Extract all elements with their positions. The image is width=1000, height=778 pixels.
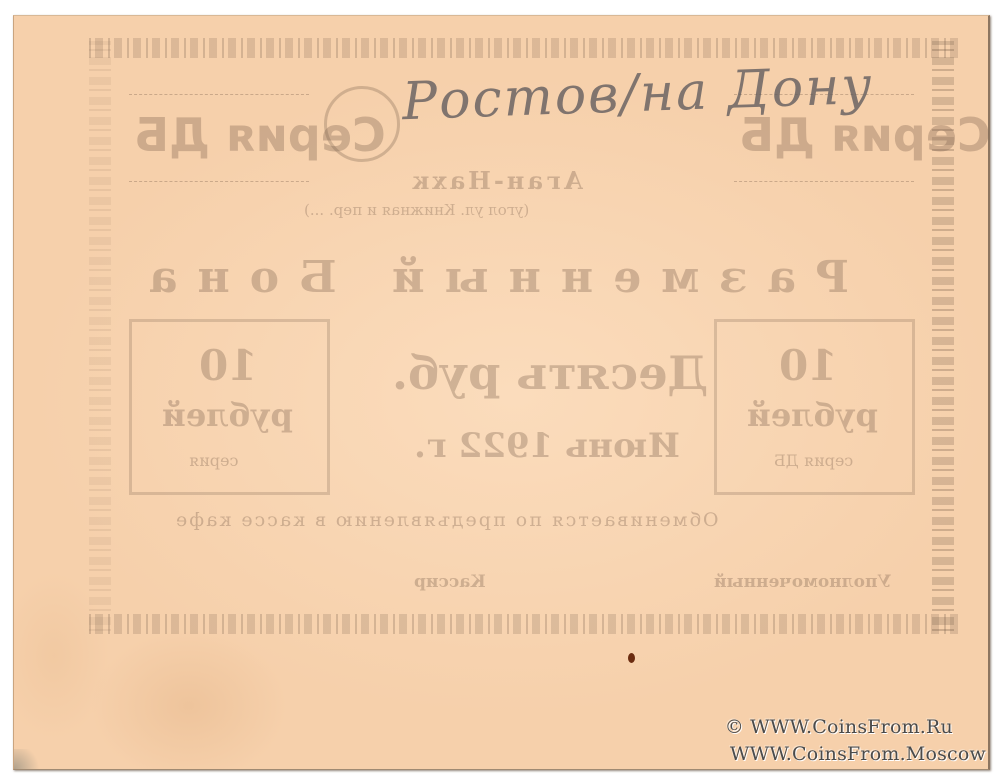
signature-right: Кассир bbox=[414, 572, 486, 592]
signature-left: Уполномоченный bbox=[714, 572, 891, 592]
subtitle-line: (угол ул. Книжная и пер. ...) bbox=[304, 201, 529, 219]
rule-top-left-lower bbox=[129, 181, 309, 184]
title-line: Разменный Бона bbox=[129, 252, 849, 303]
left-box-unit: рублей bbox=[162, 396, 293, 434]
center-date: Июнь 1922 г. bbox=[414, 426, 680, 466]
bottom-ornamental-border bbox=[89, 614, 959, 634]
top-ornamental-border bbox=[89, 38, 959, 58]
right-box-unit: рублей bbox=[747, 396, 878, 434]
left-ornamental-border bbox=[89, 41, 111, 631]
rule-top-right-lower bbox=[734, 181, 914, 184]
right-box-value: 10 bbox=[779, 341, 837, 390]
issuer-line: Аган-Нахк bbox=[409, 166, 583, 195]
watermark-line-2: WWW.CoinsFrom.Moscow bbox=[730, 743, 986, 765]
rule-top-left-upper bbox=[129, 94, 309, 97]
ink-spot bbox=[628, 653, 635, 663]
center-amount: Десять руб. bbox=[392, 346, 708, 400]
left-box-note: серия bbox=[189, 451, 238, 470]
worn-corner bbox=[14, 749, 44, 769]
redemption-text: Обменивается по предъявлению в кассе каф… bbox=[174, 509, 719, 531]
stamp-circle bbox=[324, 86, 400, 162]
right-box-note: серия ДБ bbox=[774, 451, 853, 470]
left-box-value: 10 bbox=[199, 341, 257, 390]
watermark-line-1: © WWW.CoinsFrom.Ru bbox=[725, 716, 953, 738]
banknote: Серия ДБ Серия ДБ Аган-Нахк (угол ул. Кн… bbox=[13, 15, 990, 770]
